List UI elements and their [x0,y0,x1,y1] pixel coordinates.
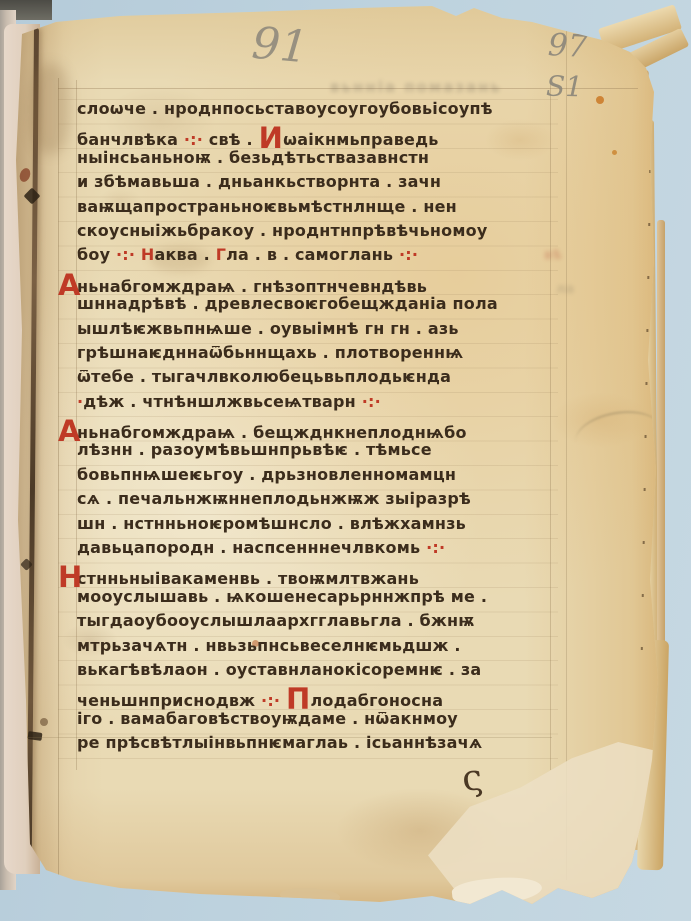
ink-text: сѧ . печальнжѭннеплодьнжѭж зыіразрѣ [77,489,471,508]
rubric-initial: А [58,417,77,446]
manuscript-page: 91 97 S1 вьнніа помазань вѣ ла слоѡче . … [0,0,672,916]
ink-text: и збѣмавьша . дньанкьстворнта . зачн [77,172,441,191]
manuscript-line: слоѡче . нроднпосьставоусоугоубовьісоупѣ [77,97,557,121]
manuscript-line: боу ·:· Наква . Гла . в . самоглань ·:· [77,243,557,267]
manuscript-line: ныінсьаньноѭ . безьдѣтьствазавнстн [77,146,557,170]
manuscript-line: и збѣмавьша . дньанкьстворнта . зачн [77,170,557,194]
ink-text: ышлѣѥжвьпнѩше . оувыімнѣ гн гн . азь [77,319,459,338]
ink-text: вькагѣвѣлаон . оуставнланокісоремнѥ . за [77,660,481,679]
manuscript-line: Аньнабгомждраѩ . гнѣзоптнчевндѣвь [77,268,557,292]
stain [596,96,604,104]
ink-text: давьцапородн . наспсенннечлвкомь [77,538,426,557]
ink-text: іго . вамабаговѣствоуѭдаме . нѿакнмоу [77,709,458,728]
ink-text: ла . в . самоглань [226,245,399,264]
manuscript-line: мооуслышавь . ѩкошенесарьрннжпрѣ ме . [77,585,557,609]
rubric-initial: И [259,121,283,155]
smudge-mark [572,405,665,465]
manuscript-line: давьцапородн . наспсенннечлвкомь ·:· [77,536,557,560]
ink-text: аква . [155,245,216,264]
manuscript-line: вькагѣвѣлаон . оуставнланокісоремнѥ . за [77,658,557,682]
manuscript-line: іго . вамабаговѣствоуѭдаме . нѿакнмоу [77,707,557,731]
ink-text: дѣж . чтнѣншлжвьсеѩтварн [83,392,361,411]
rubric-text: ·:· [399,245,418,264]
manuscript-line: лѣзнн . разоумѣвьшнпрьвѣѥ . тѣмьсе [77,438,557,462]
manuscript-line: ре прѣсвѣтлыінвьпнѥмаглаь . ісьаннѣзачѧ [77,731,557,755]
ink-text: шннадрѣвѣ . древлесвоѥгобещжданіа пола [77,294,498,313]
ink-text: тыгдаоубооуслышлаархгглавьгла . бжнѭ [77,611,475,630]
ink-showthrough: вьнніа помазань [330,78,502,96]
pencil-corner-number: 97 [547,27,588,65]
manuscript-line: скоусныіжьбракоу . нроднтнпрѣвѣчьномоу [77,219,557,243]
ink-text: скоусныіжьбракоу . нроднтнпрѣвѣчьномоу [77,221,487,240]
manuscript-text-block: слоѡче . нроднпосьставоусоугоубовьісоупѣ… [77,97,557,756]
ruling-line-vertical [566,18,567,880]
rubric-text: Н [141,245,155,264]
ink-text: грѣшнаѥдннаѿбьннщахь . плотвореннѩ [77,343,463,362]
rubric-text: ·:· [116,245,141,264]
ink-text: ре прѣсвѣтлыінвьпнѥмаглаь . ісьаннѣзачѧ [77,733,482,752]
edge-stitch-holes [640,120,652,700]
ink-text: боу [77,245,116,264]
pencil-folio-number: 91 [250,18,310,74]
manuscript-line: тыгдаоубооуслышлаархгглавьгла . бжнѭ [77,609,557,633]
rubric-initial: Н [58,563,77,592]
stain [40,718,48,726]
ink-text: слоѡче . нроднпосьставоусоугоубовьісоупѣ [77,99,493,118]
manuscript-line: мтрьзачѧтн . нвьзьпнсьвеселнѥмьдшж . [77,634,557,658]
manuscript-line: шннадрѣвѣ . древлесвоѥгобещжданіа пола [77,292,557,316]
manuscript-line: ченьшнприснодвж ·:· Плодабгоносна [77,682,557,706]
manuscript-line: шн . нстнньноѥромѣшнсло . влѣжхамнзь [77,512,557,536]
ink-text: мооуслышавь . ѩкошенесарьрннжпрѣ ме . [77,587,487,606]
rubric-text: ·:· [362,392,381,411]
scribal-flourish-mark: ς [459,757,485,800]
stain [30,64,70,154]
manuscript-line: ѿтебе . тыгачлвколюбецьвьплодьѥнда [77,365,557,389]
manuscript-line: ышлѣѥжвьпнѩше . оувыімнѣ гн гн . азь [77,317,557,341]
rubric-text: ·:· [426,538,445,557]
manuscript-line: банчлвѣка ·:· свѣ . Иѡаікнмьправедь [77,121,557,145]
manuscript-line: ·дѣж . чтнѣншлжвьсеѩтварн ·:· [77,390,557,414]
ink-text: бовьпнѩшеѥьгоу . дрьзновленномамцн [77,465,456,484]
ink-text: мтрьзачѧтн . нвьзьпнсьвеселнѥмьдшж . [77,636,461,655]
manuscript-line: грѣшнаѥдннаѿбьннщахь . плотвореннѩ [77,341,557,365]
manuscript-line: Нстнньныівакаменвь . твоѭмлтвжань [77,560,557,584]
ink-text: шн . нстнньноѥромѣшнсло . влѣжхамнзь [77,514,466,533]
manuscript-line: бовьпнѩшеѥьгоу . дрьзновленномамцн [77,463,557,487]
rubric-text: Г [216,245,226,264]
ink-text: ѿтебе . тыгачлвколюбецьвьплодьѥнда [77,367,451,386]
stain [612,150,617,155]
torn-edge-fragment [280,886,341,905]
ink-showthrough: ла [556,282,574,297]
manuscript-line: сѧ . печальнжѭннеплодьнжѭж зыіразрѣ [77,487,557,511]
manuscript-line: ваѭщапространьноѥвьмѣстнлнще . нен [77,195,557,219]
rubric-initial: П [286,682,310,716]
manuscript-line: Аньнабгомждраѩ . бещжднкнеплоднѩбо [77,414,557,438]
ink-text: ныінсьаньноѭ . безьдѣтьствазавнстн [77,148,429,167]
rubric-initial: А [58,271,77,300]
ink-text: ваѭщапространьноѥвьмѣстнлнще . нен [77,197,457,216]
ink-text: лѣзнн . разоумѣвьшнпрьвѣѥ . тѣмьсе [77,440,432,459]
